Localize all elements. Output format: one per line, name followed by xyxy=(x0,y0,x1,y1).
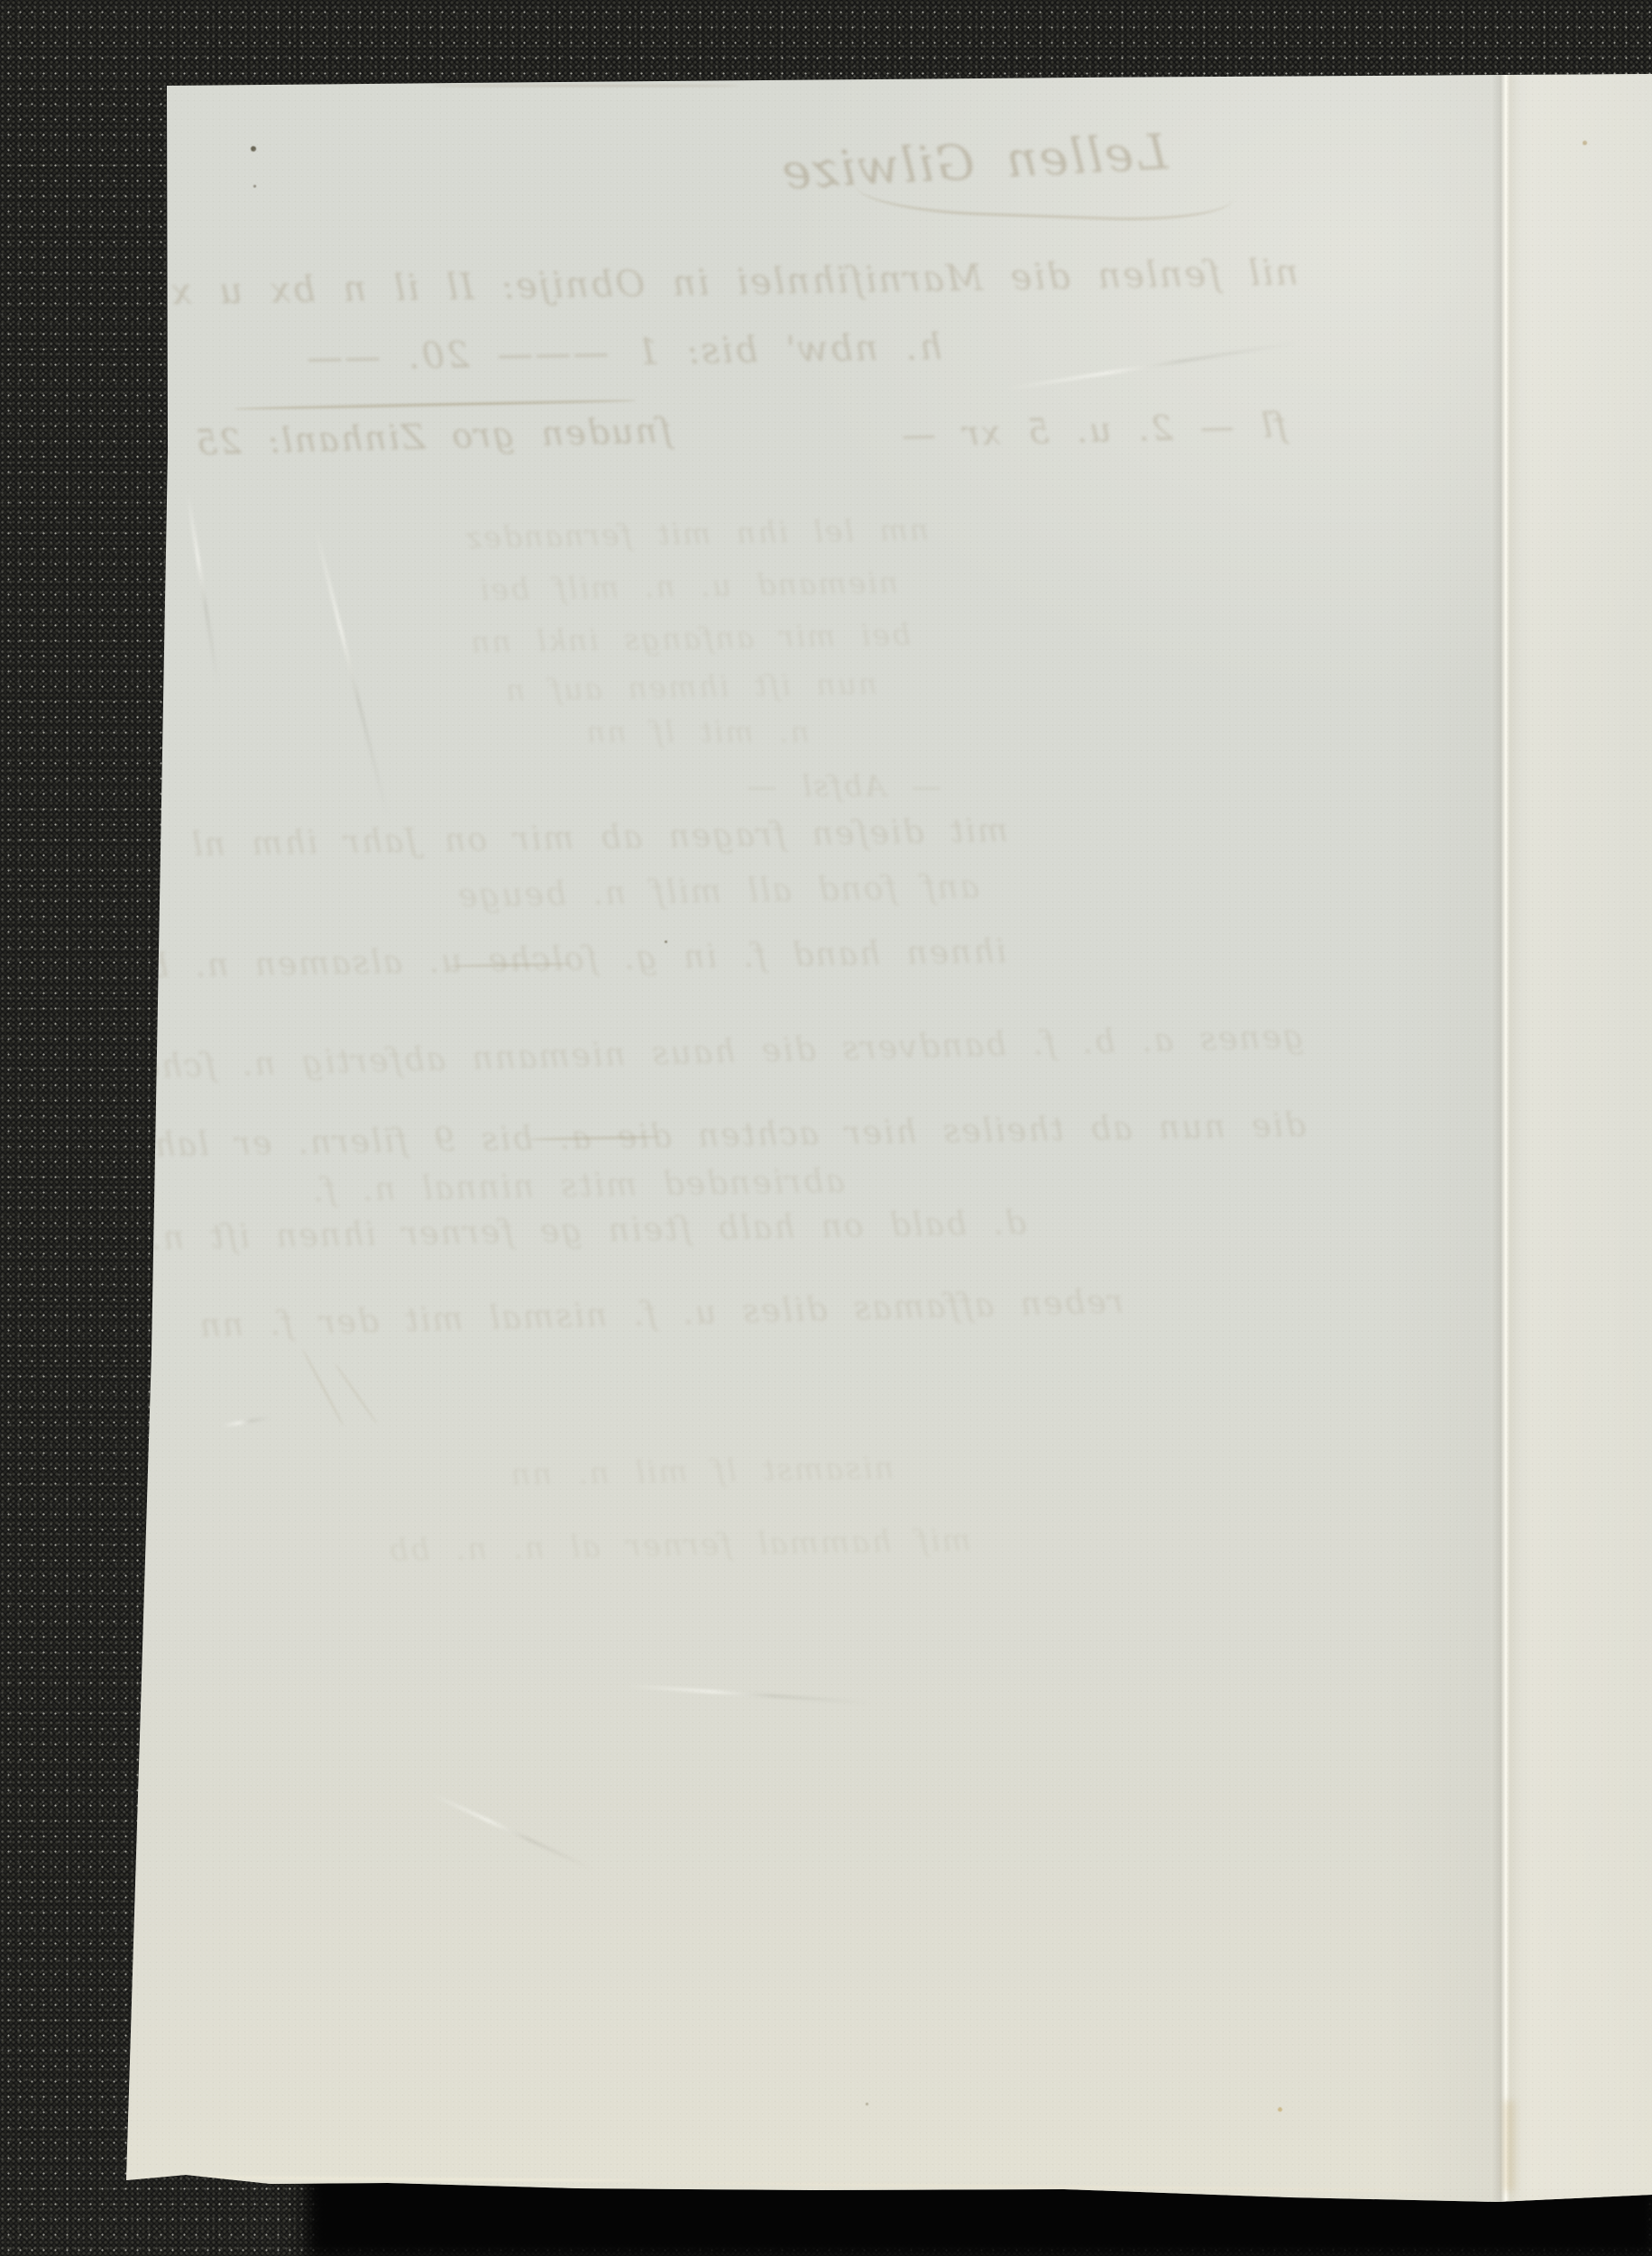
bleedthrough-lower-5: die nun ab theiles hier achten die a. bi… xyxy=(251,1107,1307,1162)
crease-left-upper xyxy=(187,492,220,684)
fold-crease-foot-stain xyxy=(1502,2101,1515,2191)
bleedthrough-lower-7: d. bald on halb ſtein ge ferner ihnen iſ… xyxy=(224,1205,1027,1256)
crease-bottom-center xyxy=(430,1793,595,1871)
bleedthrough-mid-faint-1: nm lel ihn mit fernandez xyxy=(469,512,930,555)
bleedthrough-lower-1: mit dieſen fragen ab mir on Jahr ihm nl xyxy=(287,812,1009,862)
bleedthrough-lower-4: genes a. b. f. bandvers die haus niemann… xyxy=(447,1019,1305,1078)
crease-left-small xyxy=(134,434,151,514)
paper-sheet: Lellen Gilwizenil ſenlen die Marniſihnle… xyxy=(0,0,1652,2256)
bleedthrough-mid-faint-2: niemand u. n. milf bei xyxy=(501,564,899,607)
bleedthrough-line-1: nil ſenlen die Marniſihnlei in Obnije: I… xyxy=(212,252,1299,312)
bleedthrough-lower-2: anf fond all milf n. beuge xyxy=(501,868,980,913)
crease-left-mid xyxy=(315,528,390,818)
stroke-top-edge-tint xyxy=(433,85,739,87)
crease-top-right xyxy=(1005,341,1299,390)
speck-center xyxy=(665,940,667,943)
bleedthrough-lower-9: nisamst lf mil n. nn xyxy=(404,1448,1000,1495)
bleedthrough-mid-faint-4: nun iſt ihmen auf n xyxy=(501,665,881,707)
speck-small-topleft xyxy=(253,185,256,188)
stroke-rule-under-line-2 xyxy=(234,399,636,410)
bleedthrough-line-3-right: fl — 2. u. 5 xr — xyxy=(888,405,1299,455)
bleedthrough-mid-faint-5: n. mit lf nn xyxy=(539,714,855,749)
stroke-scratch-1 xyxy=(302,1350,344,1426)
stroke-heading-swash xyxy=(854,185,1234,225)
vertical-fold-crease xyxy=(1491,74,1520,2202)
bleedthrough-line-3-left: ſnuden gro Zinhanl: 25 k. xyxy=(207,410,673,462)
bleedthrough-lower-3: ihnen hand f. in g. ſolche u. alsamen n.… xyxy=(294,933,1007,983)
scanned-document-photo: Lellen Gilwizenil ſenlen die Marniſihnle… xyxy=(0,0,1652,2256)
speck-tan-topright xyxy=(1583,141,1587,145)
bleedthrough-line-2: h. nbw' bis: 1 ——— 20. —— xyxy=(329,326,943,379)
stroke-bottom-edge-highlight-left xyxy=(135,2176,640,2182)
crease-tiny-bright xyxy=(222,1416,271,1427)
bleedthrough-mid-faint-3: bei mir anfangs inkl nn xyxy=(487,617,912,659)
speck-dark-topleft xyxy=(251,146,256,151)
bleedthrough-lower-8: reben affamas diles u. f. nismal mit der… xyxy=(258,1283,1124,1343)
wrinkle-bottom-band xyxy=(627,1684,870,1704)
stroke-scratch-2 xyxy=(335,1363,378,1424)
bleedthrough-mid-faint-6: — Abfsl — xyxy=(712,768,974,803)
speck-gold-bottomright xyxy=(1278,2107,1282,2112)
speck-bottom-mid xyxy=(866,2103,868,2105)
bleedthrough-lower-10: mif hammal ferner al n. n. bb xyxy=(314,1521,1045,1570)
bleedthrough-lower-6: abriended mits ninnal n. f. xyxy=(294,1163,863,1210)
